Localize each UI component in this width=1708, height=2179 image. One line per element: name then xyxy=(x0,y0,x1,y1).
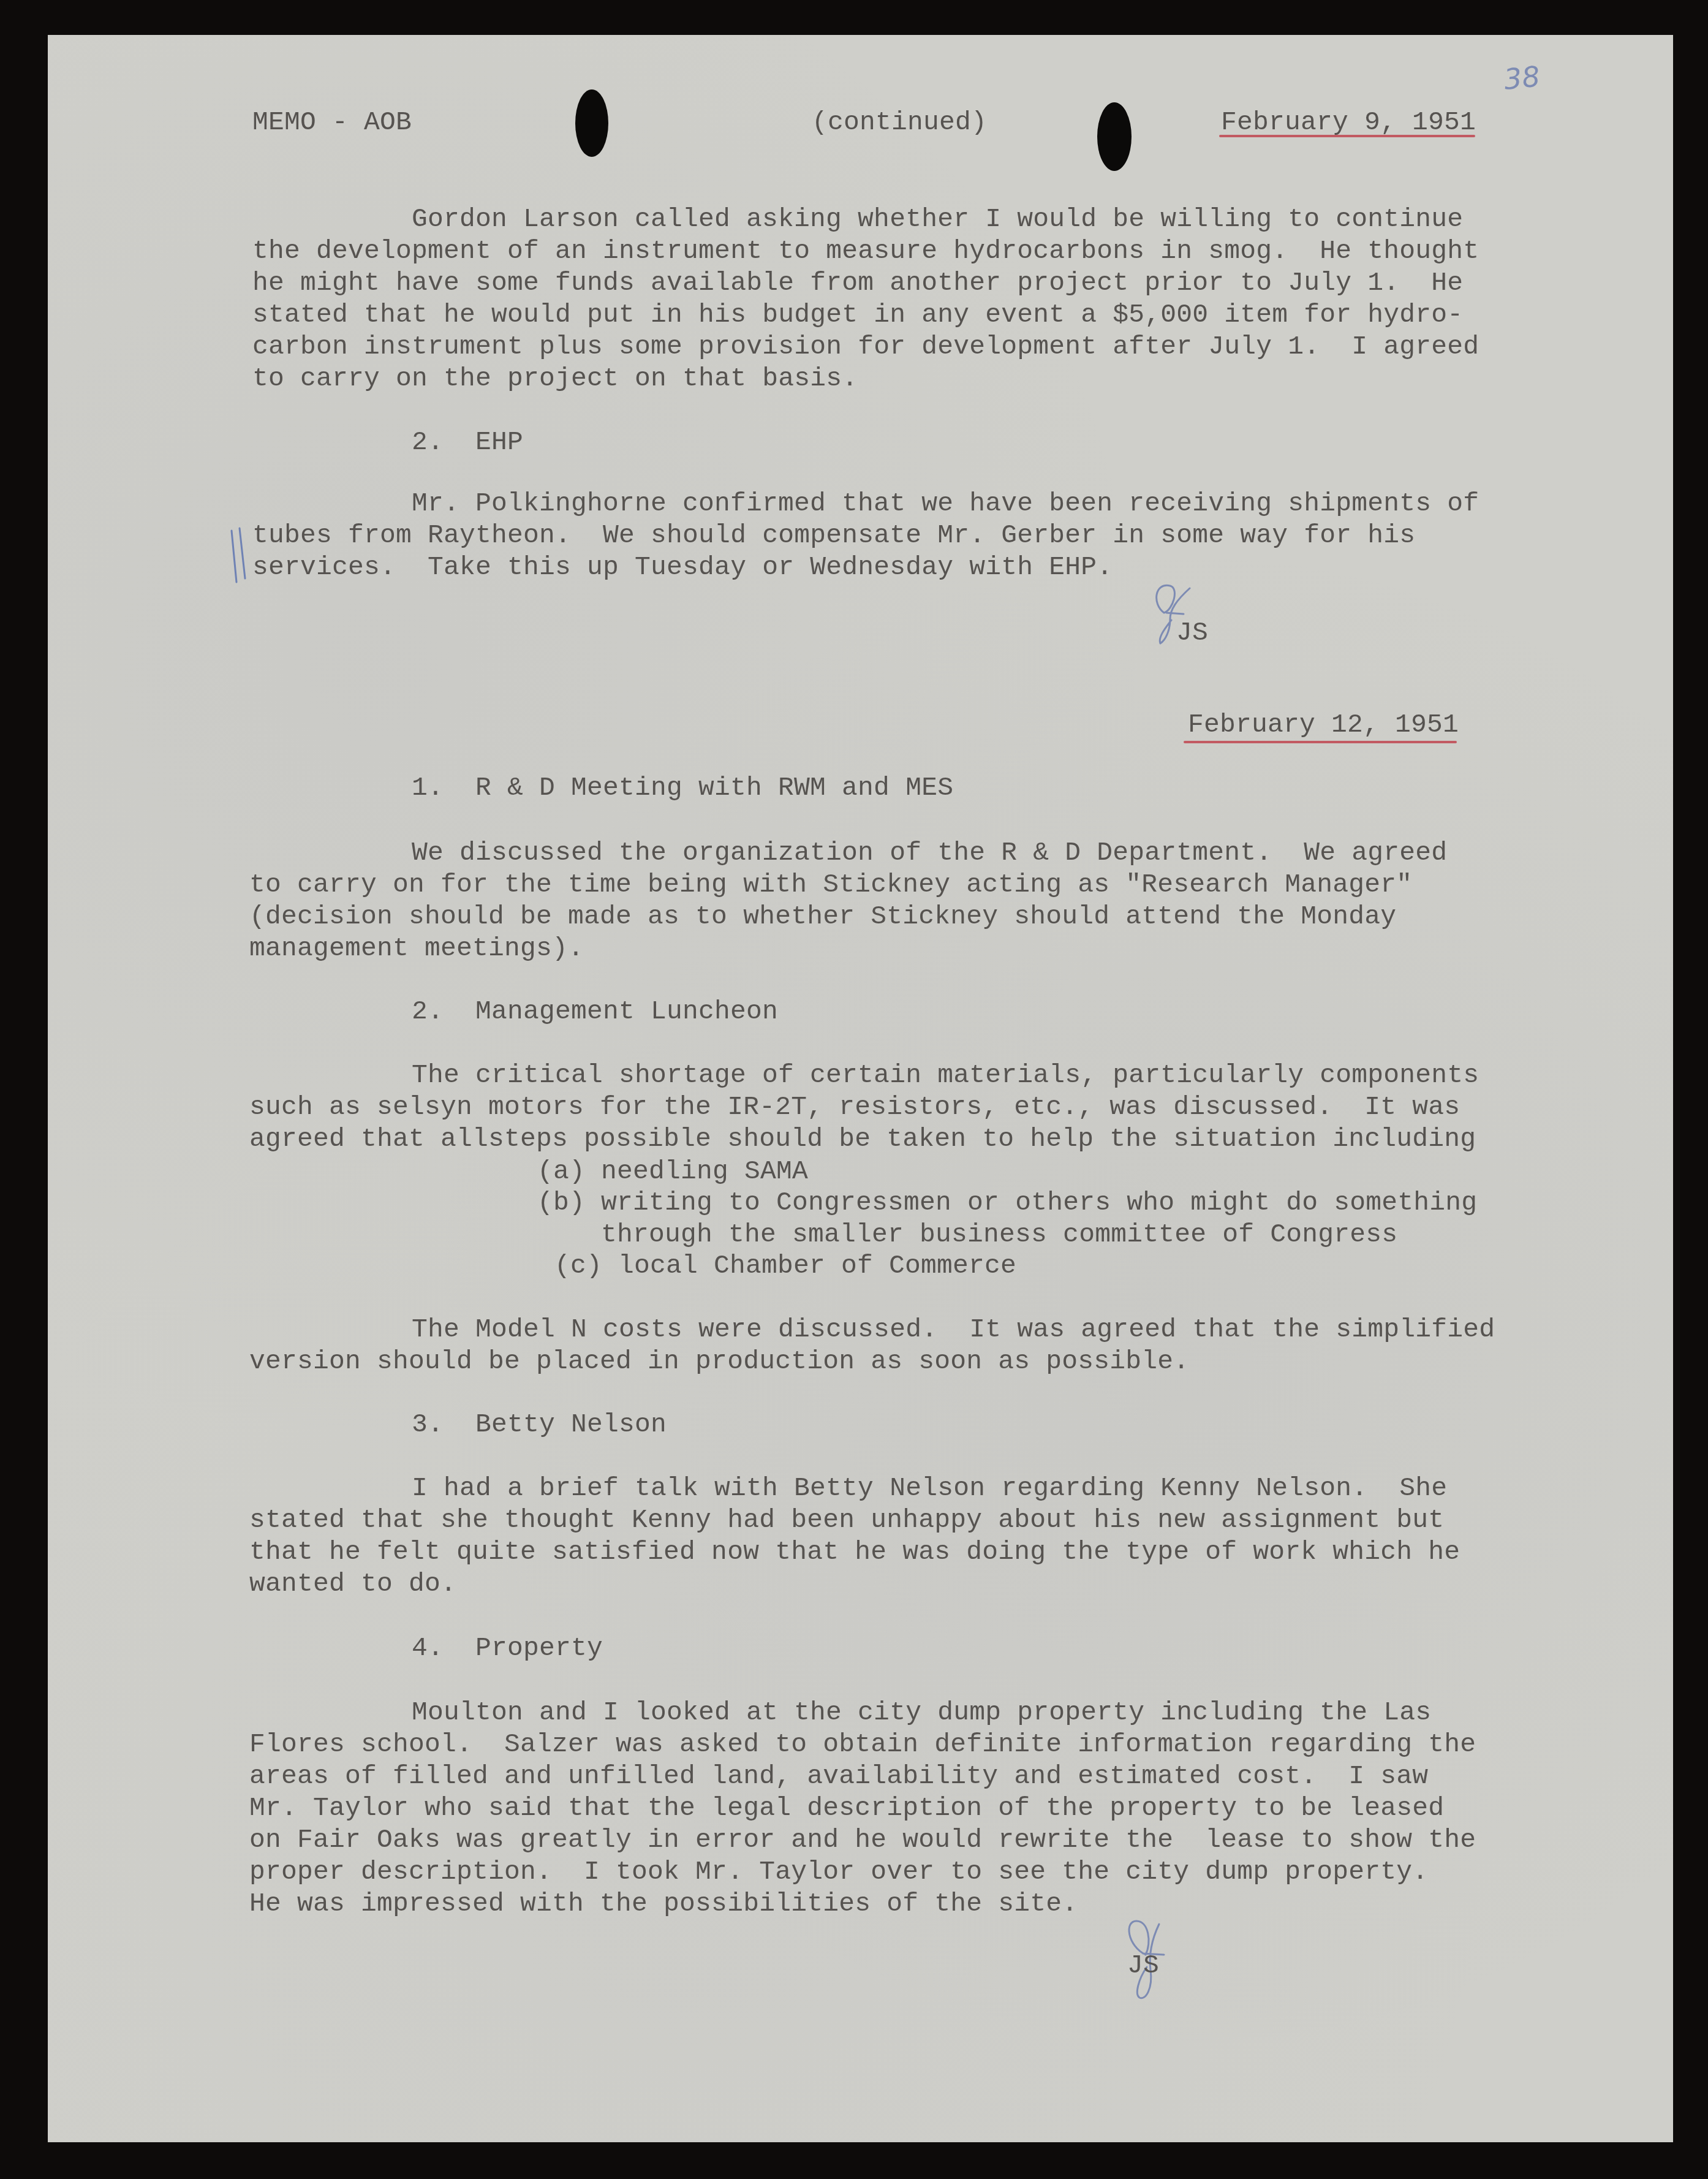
paragraph-line: The Model N costs were discussed. It was… xyxy=(412,1314,1495,1346)
date-underline xyxy=(1219,135,1475,137)
page-number: 38 xyxy=(1502,59,1541,96)
list-item-continuation: through the smaller business committee o… xyxy=(601,1219,1397,1251)
section-heading: 2. EHP xyxy=(412,426,523,458)
paragraph-line: We discussed the organization of the R &… xyxy=(412,837,1447,869)
paragraph-line: Mr. Taylor who said that the legal descr… xyxy=(249,1792,1444,1824)
paragraph-line: on Fair Oaks was greatly in error and he… xyxy=(249,1824,1476,1856)
paragraph-line: Flores school. Salzer was asked to obtai… xyxy=(249,1729,1476,1760)
paragraph-line: Gordon Larson called asking whether I wo… xyxy=(412,203,1463,235)
paragraph-line: wanted to do. xyxy=(249,1568,456,1600)
memo-header-label: MEMO - AOB xyxy=(252,107,412,138)
paragraph-line: Mr. Polkinghorne confirmed that we have … xyxy=(412,488,1479,520)
paragraph-line: proper description. I took Mr. Taylor ov… xyxy=(249,1856,1428,1888)
paragraph-line: such as selsyn motors for the IR-2T, res… xyxy=(249,1091,1460,1123)
list-item: (c) local Chamber of Commerce xyxy=(554,1250,1016,1282)
hole-punch-right xyxy=(1097,102,1132,171)
paragraph-line: Moulton and I looked at the city dump pr… xyxy=(412,1697,1431,1729)
paragraph-line: carbon instrument plus some provision fo… xyxy=(252,331,1479,363)
section-heading: 4. Property xyxy=(412,1632,603,1664)
entry-date: February 12, 1951 xyxy=(1188,709,1459,741)
section-heading: 1. R & D Meeting with RWM and MES xyxy=(412,772,953,804)
paragraph-line: services. Take this up Tuesday or Wednes… xyxy=(252,551,1113,583)
paragraph-line: he might have some funds available from … xyxy=(252,267,1463,299)
list-item: (a) needling SAMA xyxy=(537,1156,808,1188)
paragraph-line: to carry on the project on that basis. xyxy=(252,363,858,395)
paragraph-line: stated that he would put in his budget i… xyxy=(252,299,1463,331)
hole-punch-left xyxy=(575,89,608,157)
paragraph-line: that he felt quite satisfied now that he… xyxy=(249,1536,1460,1568)
paragraph-line: the development of an instrument to meas… xyxy=(252,235,1479,267)
initials: JS xyxy=(1176,617,1208,649)
paragraph-line: to carry on for the time being with Stic… xyxy=(249,869,1412,901)
paragraph-line: stated that she thought Kenny had been u… xyxy=(249,1504,1444,1536)
section-heading: 3. Betty Nelson xyxy=(412,1409,667,1441)
list-item: (b) writing to Congressmen or others who… xyxy=(537,1187,1477,1219)
initials: JS xyxy=(1127,1950,1159,1982)
paragraph-line: areas of filled and unfilled land, avail… xyxy=(249,1760,1428,1792)
paragraph-line: He was impressed with the possibilities … xyxy=(249,1888,1078,1920)
section-heading: 2. Management Luncheon xyxy=(412,996,778,1028)
paragraph-line: version should be placed in production a… xyxy=(249,1346,1189,1378)
paragraph-line: (decision should be made as to whether S… xyxy=(249,901,1396,933)
paragraph-line: management meetings). xyxy=(249,933,584,964)
paragraph-line: The critical shortage of certain materia… xyxy=(412,1059,1479,1091)
paragraph-line: tubes from Raytheon. We should compensat… xyxy=(252,520,1415,551)
date-underline xyxy=(1184,741,1457,743)
paragraph-line: I had a brief talk with Betty Nelson reg… xyxy=(412,1472,1447,1504)
memo-header-date: February 9, 1951 xyxy=(1221,107,1476,138)
memo-header-continued: (continued) xyxy=(812,107,987,138)
paragraph-line: agreed that allsteps possible should be … xyxy=(249,1123,1476,1155)
margin-double-line-mark xyxy=(228,526,252,587)
